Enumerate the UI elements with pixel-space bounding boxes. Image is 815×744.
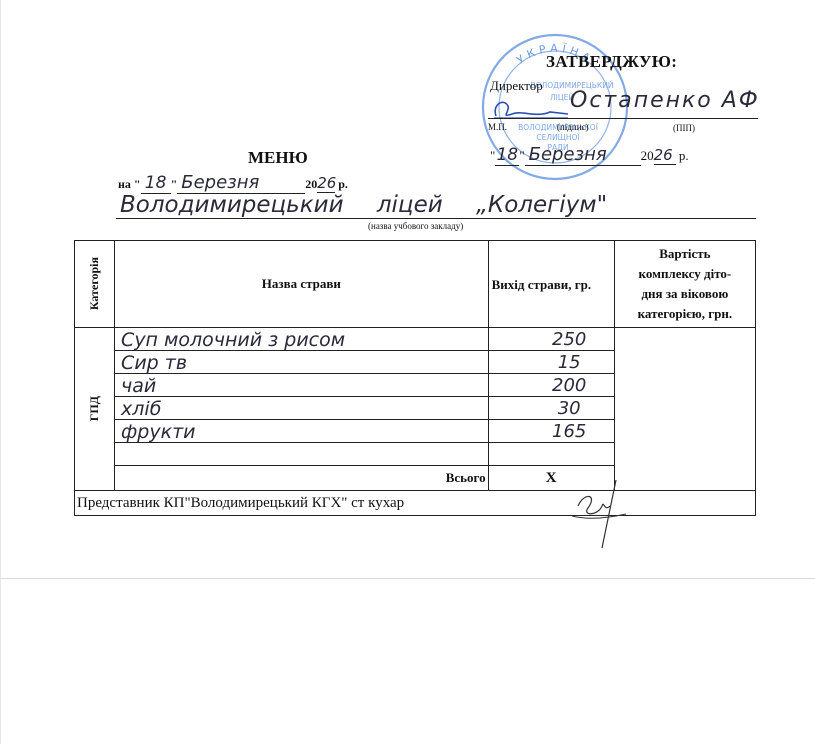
category-cell: ГПД bbox=[75, 328, 115, 491]
approval-month: Березня bbox=[525, 144, 641, 166]
yield-cell: 200 bbox=[488, 374, 614, 397]
pib-caption: (ПІП) bbox=[673, 123, 695, 133]
dish-cell: Сир тв bbox=[115, 351, 489, 374]
school-name-caption: (назва учбового закладу) bbox=[368, 221, 463, 231]
header-category: Категорія bbox=[75, 241, 115, 328]
price-cell bbox=[614, 328, 755, 491]
scan-page-edge bbox=[0, 578, 815, 579]
header-category-label: Категорія bbox=[87, 257, 102, 310]
signature-caption: (підпис) bbox=[557, 122, 589, 132]
school-name-line bbox=[116, 218, 756, 219]
year-suffix-label: р. bbox=[338, 177, 348, 191]
year-prefix: 20 bbox=[641, 148, 654, 163]
approval-day: 18 bbox=[495, 145, 519, 166]
cook-signature bbox=[558, 476, 638, 556]
table-header-row: Категорія Назва страви Вихід страви, гр.… bbox=[75, 241, 756, 328]
scan-left-edge bbox=[0, 0, 1, 744]
school-name-handwritten: Володимирецький ліцей „Колегіум" bbox=[120, 192, 607, 218]
menu-table: Категорія Назва страви Вихід страви, гр.… bbox=[74, 240, 756, 516]
yield-cell bbox=[488, 443, 614, 466]
menu-title: МЕНЮ bbox=[248, 148, 308, 168]
year-prefix: 20 bbox=[305, 177, 317, 191]
approval-title: ЗАТВЕРДЖУЮ: bbox=[546, 52, 677, 72]
menu-date: на "18"Березня2026 р. bbox=[118, 172, 348, 194]
yield-cell: 30 bbox=[488, 397, 614, 420]
yield-cell: 165 bbox=[488, 420, 614, 443]
dish-cell: чай bbox=[115, 374, 489, 397]
quote: " bbox=[171, 177, 178, 191]
approval-year-suffix: 26 bbox=[654, 146, 676, 165]
director-role-label: Директор bbox=[490, 78, 543, 94]
price-header-line: дня за віковою bbox=[615, 284, 755, 304]
price-header-line: категорією, грн. bbox=[615, 304, 755, 324]
header-dish-name: Назва страви bbox=[115, 241, 489, 328]
approval-date: "18"Березня2026 р. bbox=[490, 144, 689, 166]
yield-cell: 250 bbox=[488, 328, 614, 351]
category-label: ГПД bbox=[87, 396, 102, 421]
mp-label: М.П. bbox=[488, 122, 507, 132]
date-prefix: на " bbox=[118, 177, 141, 191]
dish-cell: хліб bbox=[115, 397, 489, 420]
header-yield: Вихід страви, гр. bbox=[488, 241, 614, 328]
price-header-line: комплексу діто- bbox=[615, 264, 755, 284]
dish-cell bbox=[115, 443, 489, 466]
menu-day: 18 bbox=[141, 173, 171, 194]
table-row: ГПД Суп молочний з рисом 250 bbox=[75, 328, 756, 351]
dish-cell: фрукти bbox=[115, 420, 489, 443]
footer-row: Представник КП"Володимирецький КГХ" ст к… bbox=[75, 491, 756, 516]
header-price: Вартість комплексу діто- дня за віковою … bbox=[614, 241, 755, 328]
yield-cell: 15 bbox=[488, 351, 614, 374]
menu-year-suffix: 26 bbox=[317, 174, 335, 193]
year-suffix-label: р. bbox=[679, 148, 689, 163]
dish-cell: Суп молочний з рисом bbox=[115, 328, 489, 351]
menu-month: Березня bbox=[177, 172, 305, 194]
price-header-line: Вартість bbox=[615, 244, 755, 264]
representative-text: Представник КП"Володимирецький КГХ" ст к… bbox=[75, 491, 756, 516]
director-signature-line bbox=[488, 118, 758, 119]
total-label: Всього bbox=[115, 466, 489, 491]
director-name-handwritten: Остапенко АФ bbox=[570, 88, 760, 113]
svg-text:СЕЛИЩНОЇ: СЕЛИЩНОЇ bbox=[536, 133, 580, 142]
